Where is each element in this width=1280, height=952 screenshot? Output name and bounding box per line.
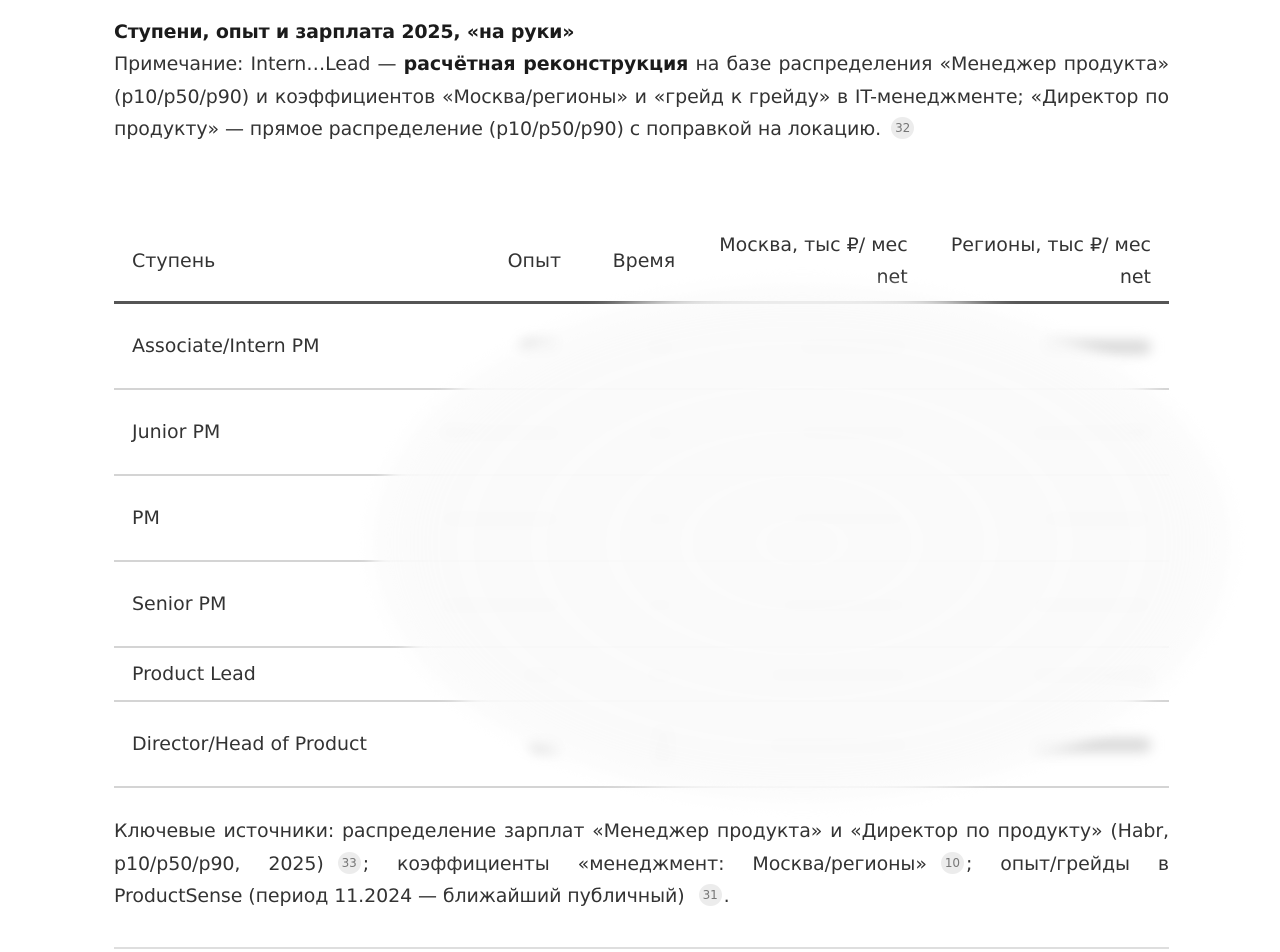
citation-badge[interactable]: 10 xyxy=(941,852,964,874)
cell-experience-redacted xyxy=(411,303,579,390)
table-row: Associate/Intern PM xyxy=(114,303,1169,390)
cell-regions-redacted xyxy=(926,475,1169,561)
cell-stage: Senior PM xyxy=(114,561,411,647)
cell-time-redacted xyxy=(579,561,693,647)
cell-stage: Junior PM xyxy=(114,389,411,475)
sources-text-2: ; коэффициенты «менеджмент: Москва/регио… xyxy=(363,853,927,875)
cell-time-redacted xyxy=(579,475,693,561)
header-time: Время xyxy=(579,223,693,303)
table-row: PM xyxy=(114,475,1169,561)
header-experience: Опыт xyxy=(411,223,579,303)
methodology-note: Примечание: Intern…Lead — расчётная реко… xyxy=(114,48,1169,146)
cell-experience-redacted xyxy=(411,389,579,475)
cell-stage: Director/Head of Product xyxy=(114,701,411,787)
note-bold-text: расчётная реконструкция xyxy=(404,53,689,75)
citation-badge[interactable]: 33 xyxy=(338,852,361,874)
cell-time-redacted xyxy=(579,303,693,390)
table-row: Director/Head of Product xyxy=(114,701,1169,787)
cell-regions-redacted xyxy=(926,389,1169,475)
cell-moscow-redacted xyxy=(693,303,926,390)
table-row: Product Lead xyxy=(114,647,1169,701)
cell-regions-redacted xyxy=(926,647,1169,701)
cell-moscow-redacted xyxy=(693,647,926,701)
section-title: Ступени, опыт и зарплата 2025, «на руки» xyxy=(114,18,1169,46)
cell-moscow-redacted xyxy=(693,389,926,475)
header-regions: Регионы, тыс ₽/ мес net xyxy=(926,223,1169,303)
table-row: Junior PM xyxy=(114,389,1169,475)
cell-time-redacted xyxy=(579,389,693,475)
cell-experience-redacted xyxy=(411,701,579,787)
document-page: Ступени, опыт и зарплата 2025, «на руки»… xyxy=(114,18,1169,146)
note-prefix: Примечание: Intern…Lead — xyxy=(114,53,404,75)
table-header-row: Ступень Опыт Время Москва, тыс ₽/ мес ne… xyxy=(114,223,1169,303)
cell-regions-redacted xyxy=(926,701,1169,787)
cell-experience-redacted xyxy=(411,475,579,561)
table-row: Senior PM xyxy=(114,561,1169,647)
cell-time-redacted xyxy=(579,647,693,701)
citation-badge[interactable]: 31 xyxy=(699,884,722,906)
cell-moscow-redacted xyxy=(693,475,926,561)
sources-text-4: . xyxy=(724,885,730,907)
salary-table: Ступень Опыт Время Москва, тыс ₽/ мес ne… xyxy=(114,223,1169,788)
sources-paragraph: Ключевые источники: распределение зарпла… xyxy=(114,815,1169,913)
header-moscow: Москва, тыс ₽/ мес net xyxy=(693,223,926,303)
section-divider xyxy=(114,947,1169,949)
cell-stage: Product Lead xyxy=(114,647,411,701)
cell-experience-redacted xyxy=(411,561,579,647)
citation-badge[interactable]: 32 xyxy=(891,117,914,139)
cell-stage: Associate/Intern PM xyxy=(114,303,411,390)
cell-moscow-redacted xyxy=(693,561,926,647)
cell-regions-redacted xyxy=(926,561,1169,647)
cell-time-redacted xyxy=(579,701,693,787)
cell-regions-redacted xyxy=(926,303,1169,390)
cell-moscow-redacted xyxy=(693,701,926,787)
header-stage: Ступень xyxy=(114,223,411,303)
cell-experience-redacted xyxy=(411,647,579,701)
cell-stage: PM xyxy=(114,475,411,561)
